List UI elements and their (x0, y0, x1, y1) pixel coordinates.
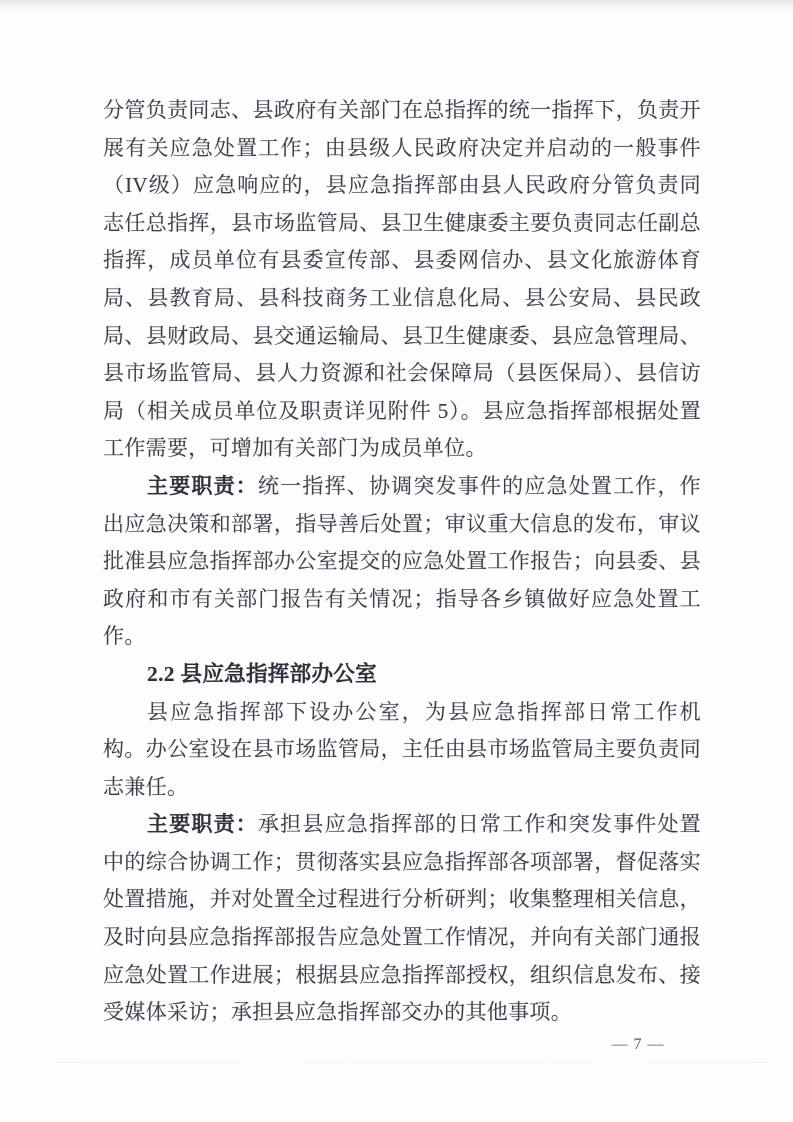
paragraph-continuation: 分管负责同志、县政府有关部门在总指挥的统一指挥下，负责开展有关应急处置工作；由县… (103, 92, 701, 468)
paragraph-main-duties-2: 主要职责：承担县应急指挥部的日常工作和突发事件处置中的综合协调工作；贯彻落实县应… (103, 806, 701, 1032)
paragraph-office-setup: 县应急指挥部下设办公室，为县应急指挥部日常工作机构。办公室设在县市场监管局，主任… (103, 694, 701, 807)
scan-artifact-top (0, 0, 793, 12)
scan-artifact-line (55, 1062, 768, 1063)
section-heading-2-2: 2.2 县应急指挥部办公室 (103, 656, 701, 694)
duties-text: 统一指挥、协调突发事件的应急处置工作，作出应急决策和部署，指导善后处置；审议重大… (103, 474, 701, 648)
page-number: — 7 — (598, 1036, 678, 1054)
duties-lead-label: 主要职责： (147, 812, 258, 836)
paragraph-main-duties-1: 主要职责：统一指挥、协调突发事件的应急处置工作，作出应急决策和部署，指导善后处置… (103, 468, 701, 656)
duties-text: 承担县应急指挥部的日常工作和突发事件处置中的综合协调工作；贯彻落实县应急指挥部各… (103, 812, 701, 1024)
document-page: 分管负责同志、县政府有关部门在总指挥的统一指挥下，负责开展有关应急处置工作；由县… (0, 0, 793, 1122)
duties-lead-label: 主要职责： (147, 474, 258, 498)
document-body: 分管负责同志、县政府有关部门在总指挥的统一指挥下，负责开展有关应急处置工作；由县… (103, 92, 701, 1032)
